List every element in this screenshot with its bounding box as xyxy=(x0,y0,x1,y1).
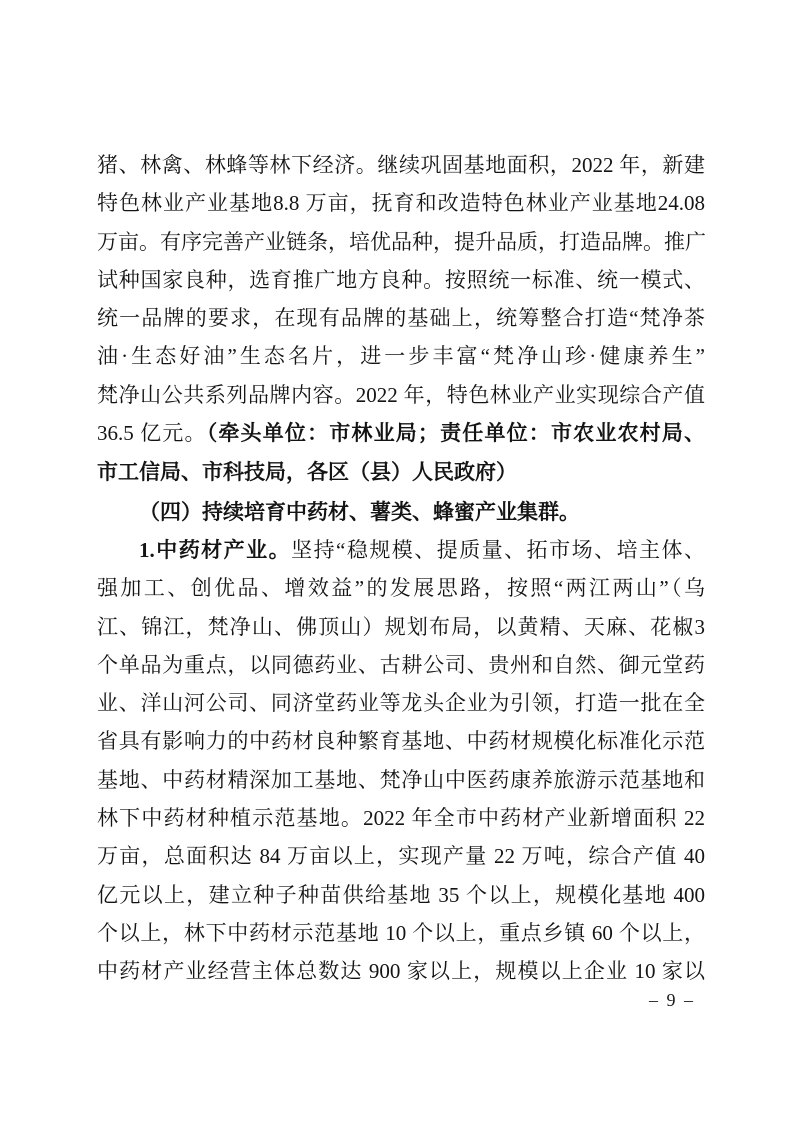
text-segment-bold: （四）持续培育中药材、薯类、蜂蜜产业集群。 xyxy=(139,500,580,524)
text-segment-hei: （牵头单位：市林业局；责任单位：市农业农村局、 xyxy=(207,422,705,445)
text-segment-normal: 特色林业产业基地8.8 万亩，抚育和改造特色林业产业基地24.08 xyxy=(97,191,705,215)
text-line: 36.5 亿元。（牵头单位：市林业局；责任单位：市农业农村局、 xyxy=(97,414,705,453)
text-line: 统一品牌的要求，在现有品牌的基础上，统筹整合打造“梵净茶 xyxy=(97,299,705,337)
text-line: 试种国家良种，选育推广地方良种。按照统一标准、统一模式、 xyxy=(97,261,705,299)
text-segment-normal: 中药材产业经营主体总数达 900 家以上，规模以上企业 10 家以 xyxy=(97,959,705,983)
text-line: （四）持续培育中药材、薯类、蜂蜜产业集群。 xyxy=(97,493,705,531)
text-segment-normal: 猪、林禽、林蜂等林下经济。继续巩固基地面积，2022 年，新建 xyxy=(97,153,705,177)
text-segment-normal: 亿元以上，建立种子种苗供给基地 35 个以上，规模化基地 400 xyxy=(97,883,705,907)
text-segment-normal: 省具有影响力的中药材良种繁育基地、中药材规模化标准化示范 xyxy=(97,729,705,753)
text-line: 梵净山公共系列品牌内容。2022 年，特色林业产业实现综合产值 xyxy=(97,376,705,414)
text-segment-normal: 油·生态好油”生态名片，进一步丰富“梵净山珍·健康养生” xyxy=(97,344,705,368)
text-line: 强加工、创优品、增效益”的发展思路，按照“两江两山”（乌 xyxy=(97,569,705,607)
text-line: 特色林业产业基地8.8 万亩，抚育和改造特色林业产业基地24.08 xyxy=(97,184,705,222)
text-segment-normal: 江、锦江，梵净山、佛顶山）规划布局，以黄精、天麻、花椒3 xyxy=(97,615,705,639)
page-number: – 9 – xyxy=(649,990,695,1011)
text-line: 万亩。有序完善产业链条，培优品种，提升品质，打造品牌。推广 xyxy=(97,223,705,261)
text-segment-normal: 坚持“稳规模、提质量、拓市场、培主体、 xyxy=(291,538,705,562)
text-segment-normal: 梵净山公共系列品牌内容。2022 年，特色林业产业实现综合产值 xyxy=(97,383,705,407)
text-segment-normal: 个以上，林下中药材示范基地 10 个以上，重点乡镇 60 个以上， xyxy=(97,921,705,945)
text-segment-normal: 36.5 亿元。 xyxy=(97,421,207,445)
text-line: 江、锦江，梵净山、佛顶山）规划布局，以黄精、天麻、花椒3 xyxy=(97,608,705,646)
text-segment-normal: 万亩，总面积达 84 万亩以上，实现产量 22 万吨，综合产值 40 xyxy=(97,844,705,868)
text-line: 个以上，林下中药材示范基地 10 个以上，重点乡镇 60 个以上， xyxy=(97,914,705,952)
text-segment-normal: 业、洋山河公司、同济堂药业等龙头企业为引领，打造一批在全 xyxy=(97,691,705,715)
text-line: 亿元以上，建立种子种苗供给基地 35 个以上，规模化基地 400 xyxy=(97,876,705,914)
text-line: 市工信局、市科技局，各区（县）人民政府） xyxy=(97,453,705,492)
text-line: 万亩，总面积达 84 万亩以上，实现产量 22 万吨，综合产值 40 xyxy=(97,837,705,875)
text-segment-bold: 1.中药材产业。 xyxy=(139,538,291,562)
text-line: 省具有影响力的中药材良种繁育基地、中药材规模化标准化示范 xyxy=(97,722,705,760)
text-line: 中药材产业经营主体总数达 900 家以上，规模以上企业 10 家以 xyxy=(97,952,705,990)
text-line: 油·生态好油”生态名片，进一步丰富“梵净山珍·健康养生” xyxy=(97,337,705,375)
text-segment-normal: 林下中药材种植示范基地。2022 年全市中药材产业新增面积 22 xyxy=(97,806,705,830)
text-segment-normal: 试种国家良种，选育推广地方良种。按照统一标准、统一模式、 xyxy=(97,268,705,292)
text-line: 业、洋山河公司、同济堂药业等龙头企业为引领，打造一批在全 xyxy=(97,684,705,722)
text-segment-normal: 基地、中药材精深加工基地、梵净山中医药康养旅游示范基地和 xyxy=(97,768,705,792)
document-page: 猪、林禽、林蜂等林下经济。继续巩固基地面积，2022 年，新建特色林业产业基地8… xyxy=(0,0,793,1122)
text-line: 个单品为重点，以同德药业、古耕公司、贵州和自然、御元堂药 xyxy=(97,646,705,684)
text-segment-normal: 强加工、创优品、增效益”的发展思路，按照“两江两山”（乌 xyxy=(97,576,705,600)
text-segment-normal: 万亩。有序完善产业链条，培优品种，提升品质，打造品牌。推广 xyxy=(97,230,706,254)
text-segment-normal: 统一品牌的要求，在现有品牌的基础上，统筹整合打造“梵净茶 xyxy=(97,306,705,330)
text-segment-hei: 市工信局、市科技局，各区（县）人民政府） xyxy=(97,461,517,484)
text-line: 基地、中药材精深加工基地、梵净山中医药康养旅游示范基地和 xyxy=(97,761,705,799)
text-segment-normal: 个单品为重点，以同德药业、古耕公司、贵州和自然、御元堂药 xyxy=(97,653,705,677)
text-line: 林下中药材种植示范基地。2022 年全市中药材产业新增面积 22 xyxy=(97,799,705,837)
text-line: 猪、林禽、林蜂等林下经济。继续巩固基地面积，2022 年，新建 xyxy=(97,146,705,184)
document-body: 猪、林禽、林蜂等林下经济。继续巩固基地面积，2022 年，新建特色林业产业基地8… xyxy=(97,146,705,991)
text-line: 1.中药材产业。坚持“稳规模、提质量、拓市场、培主体、 xyxy=(97,531,705,569)
